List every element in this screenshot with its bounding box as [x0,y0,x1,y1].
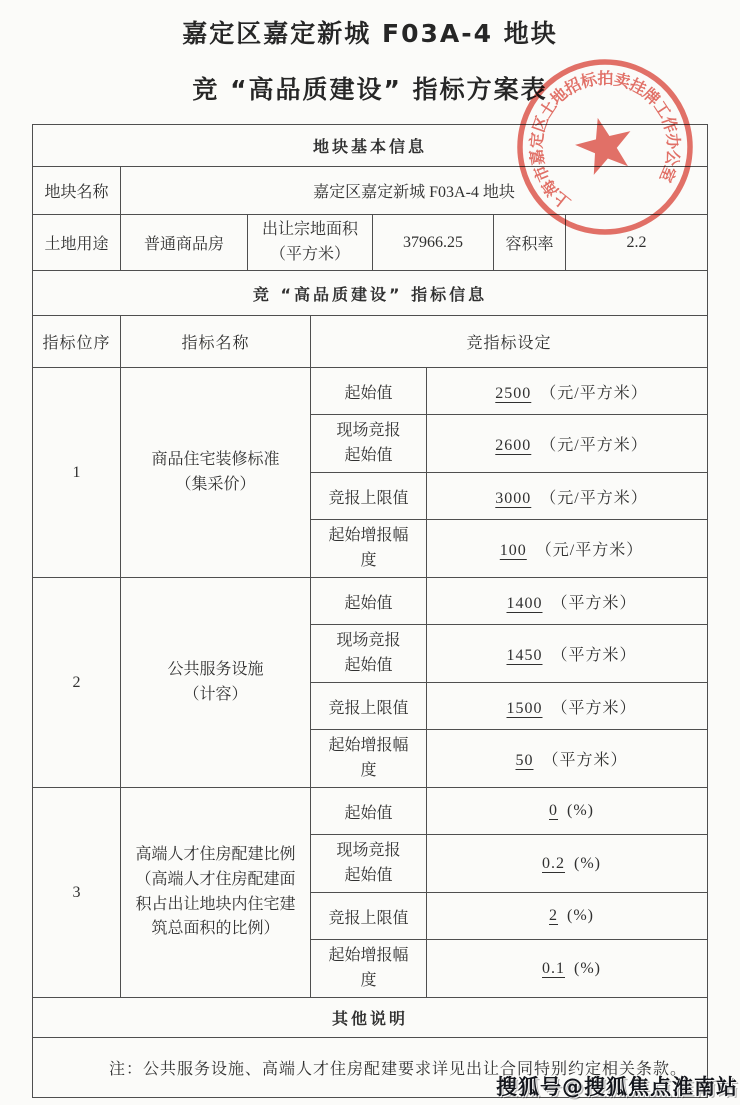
column-header-name: 指标名称 [121,316,311,368]
indicator-1-row-label: 竞报上限值 [311,473,427,520]
bid-unit: (%) [574,855,601,872]
bid-value: 1400 [498,595,552,612]
parcel-area-label: 出让宗地面积 （平方米） [248,215,373,271]
bid-unit: （平方米） [552,647,637,664]
indicator-2-row-value: 50（平方米） [427,730,708,788]
bid-value: 0.1 [533,960,574,977]
indicator-2-row-value: 1450（平方米） [427,625,708,683]
indicator-3-row-label: 竞报上限值 [311,893,427,940]
bid-unit: （平方米） [543,752,628,769]
indicator-3-order: 3 [33,788,121,998]
bid-value: 1450 [498,647,552,664]
indicator-3-row-label: 起始值 [311,788,427,835]
plot-name-label: 地块名称 [33,167,121,215]
indicator-1-row-label: 起始值 [311,368,427,415]
bid-value: 3000 [486,490,540,507]
bid-unit: （元/平方米） [540,385,647,402]
sohu-watermark: 搜狐号@搜狐焦点淮南站 [496,1071,738,1101]
parcel-area-value: 37966.25 [373,215,494,271]
indicator-1-row-value: 3000（元/平方米） [427,473,708,520]
land-use-label: 土地用途 [33,215,121,271]
bid-value: 50 [507,752,543,769]
column-header-setting: 竞指标设定 [311,316,708,368]
bid-unit: （平方米） [552,700,637,717]
scanned-document-page: { "page": { "title_line1": "嘉定区嘉定新城 F03A… [0,0,740,1105]
bid-value: 100 [491,542,536,559]
bid-unit: （元/平方米） [540,490,647,507]
indicator-1-row-label: 起始增报幅 度 [311,520,427,578]
section-header-indicator-info: 竞 “高品质建设” 指标信息 [33,271,708,316]
indicator-1-row-value: 2500（元/平方米） [427,368,708,415]
land-use-value: 普通商品房 [121,215,248,271]
indicator-1-order: 1 [33,368,121,578]
indicator-2-row-label: 起始增报幅 度 [311,730,427,788]
column-header-order: 指标位序 [33,316,121,368]
indicator-1-row-value: 100（元/平方米） [427,520,708,578]
bid-unit: （元/平方米） [540,437,647,454]
section-header-other-notes: 其他说明 [33,998,708,1038]
bid-unit: (%) [574,960,601,977]
indicator-3-row-value: 2(%) [427,893,708,940]
bid-unit: (%) [567,802,594,819]
indicator-2-row-value: 1400（平方米） [427,578,708,625]
plan-table: 地块基本信息 地块名称 嘉定区嘉定新城 F03A-4 地块 土地用途 普通商品房… [32,124,708,1098]
bid-value: 2 [540,907,567,924]
indicator-3-row-value: 0(%) [427,788,708,835]
indicator-2-row-label: 竞报上限值 [311,683,427,730]
bid-value: 1500 [498,700,552,717]
indicator-1-row-value: 2600（元/平方米） [427,415,708,473]
indicator-2-row-label: 现场竞报 起始值 [311,625,427,683]
bid-unit: (%) [567,907,594,924]
indicator-3-row-label: 起始增报幅 度 [311,940,427,998]
indicator-1-name: 商品住宅装修标准 （集采价） [121,368,311,578]
indicator-3-row-value: 0.2(%) [427,835,708,893]
bid-value: 2500 [486,385,540,402]
bid-value: 0.2 [533,855,574,872]
bid-unit: （平方米） [552,595,637,612]
indicator-3-row-value: 0.1(%) [427,940,708,998]
indicator-2-row-label: 起始值 [311,578,427,625]
bid-value: 2600 [486,437,540,454]
indicator-3-row-label: 现场竞报 起始值 [311,835,427,893]
indicator-2-row-value: 1500（平方米） [427,683,708,730]
seal-star-icon [570,111,638,177]
indicator-3-name: 高端人才住房配建比例 （高端人才住房配建面 积占出让地块内住宅建 筑总面积的比例… [121,788,311,998]
indicator-1-row-label: 现场竞报 起始值 [311,415,427,473]
indicator-2-order: 2 [33,578,121,788]
indicator-2-name: 公共服务设施 （计容） [121,578,311,788]
bid-value: 0 [540,802,567,819]
bid-unit: （元/平方米） [536,542,643,559]
